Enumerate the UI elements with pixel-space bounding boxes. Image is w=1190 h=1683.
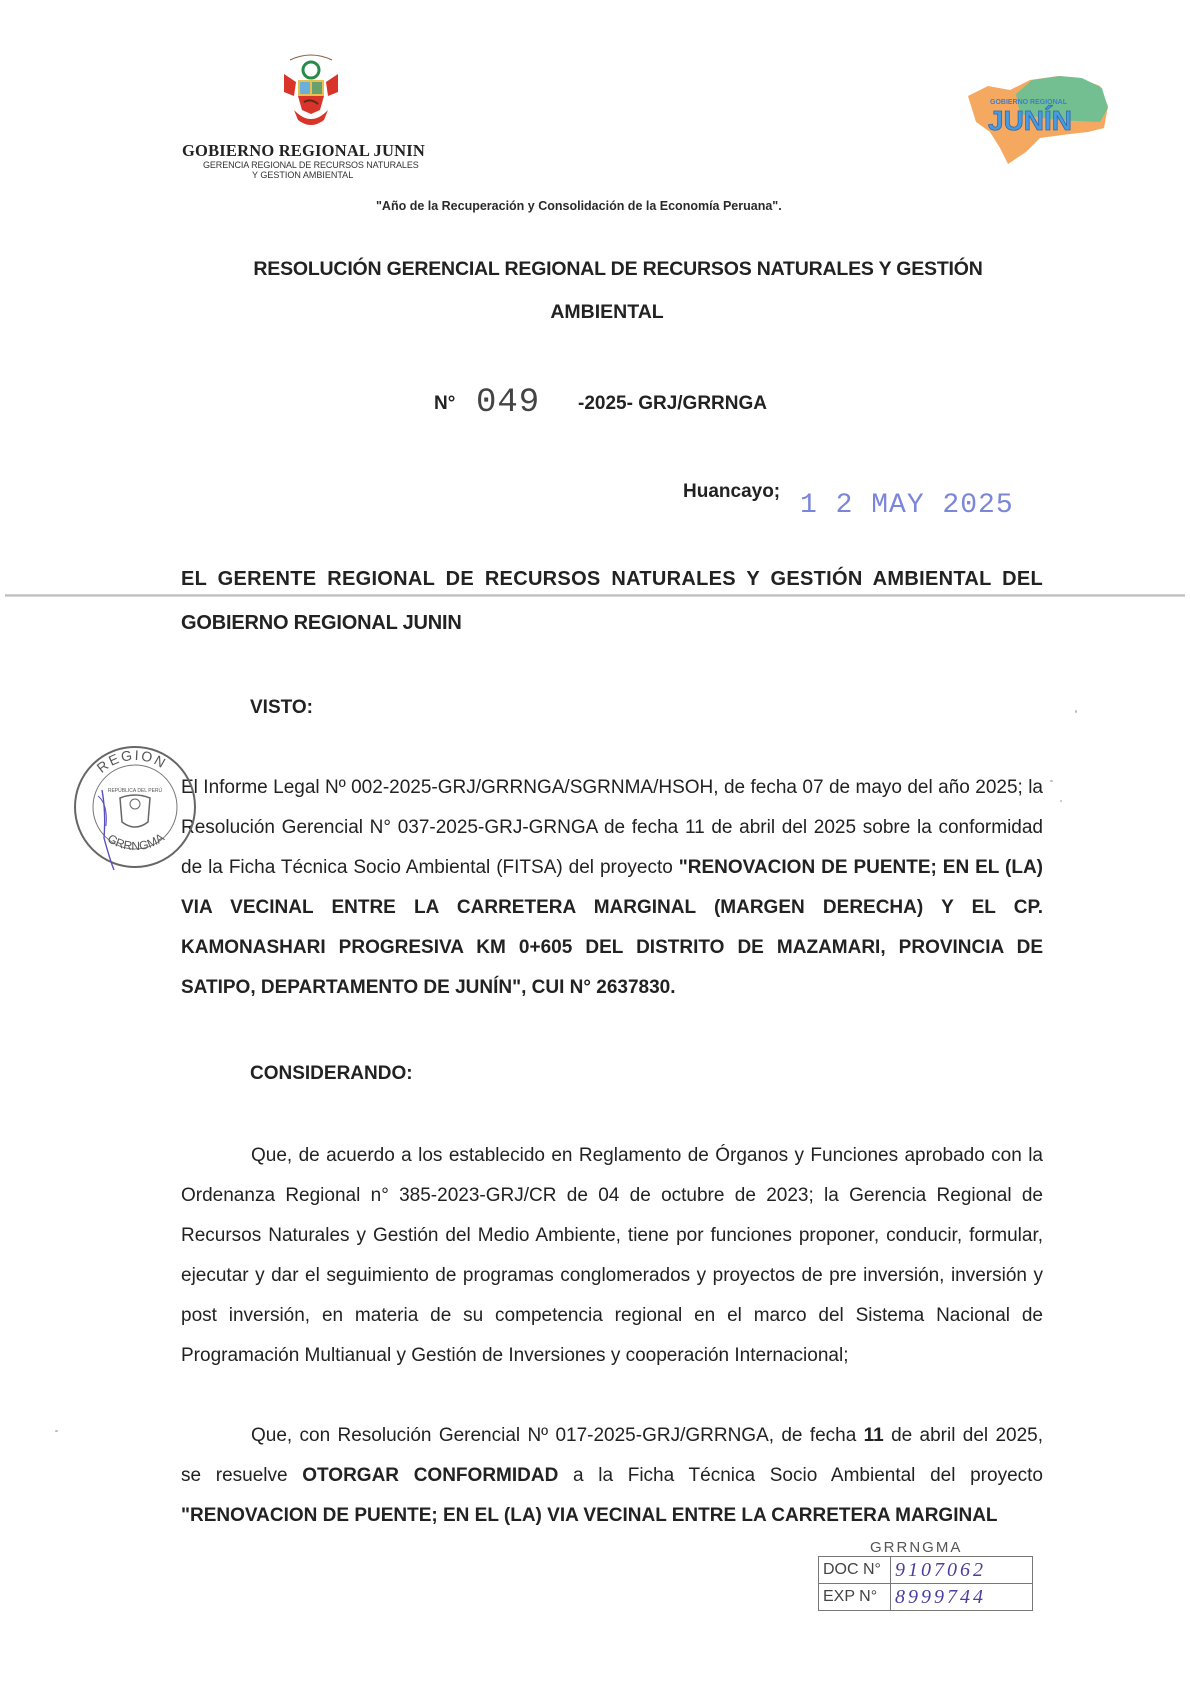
junin-region-logo-icon: GOBIERNO REGIONAL JUNÍN — [960, 72, 1110, 172]
resolution-number-suffix: -2025- GRJ/GRRNGA — [578, 393, 767, 415]
stamp-office: GRRNGMA — [870, 1539, 962, 1556]
resolution-number-prefix: N° — [434, 393, 455, 415]
scan-divider — [5, 594, 1185, 597]
considerando-paragraph-1: Que, de acuerdo a los establecido en Reg… — [181, 1136, 1043, 1376]
peru-coat-of-arms-icon — [280, 52, 342, 130]
doc-number-value: 9107062 — [891, 1557, 1033, 1584]
office-name-line1: GERENCIA REGIONAL DE RECURSOS NATURALES — [203, 160, 419, 170]
considerando-paragraph-2: Que, con Resolución Gerencial Nº 017-202… — [181, 1416, 1043, 1536]
scan-speck — [1075, 710, 1077, 713]
official-seal-icon: REGION GRRNGMA REPÚBLICA DEL PERÚ — [70, 742, 200, 872]
scan-speck — [55, 1430, 58, 1432]
exp-number-value: 8999744 — [891, 1584, 1033, 1611]
place-label: Huancayo; — [683, 481, 780, 503]
visto-paragraph: El Informe Legal Nº 002-2025-GRJ/GRRNGA/… — [181, 768, 1043, 1008]
date-stamp: 1 2 MAY 2025 — [800, 490, 1014, 521]
visto-heading: VISTO: — [250, 697, 313, 719]
resolution-title: RESOLUCIÓN GERENCIAL REGIONAL DE RECURSO… — [0, 258, 1190, 281]
government-name: GOBIERNO REGIONAL JUNIN — [182, 141, 425, 161]
svg-text:GRRNGMA: GRRNGMA — [105, 830, 167, 853]
office-name-line2: Y GESTION AMBIENTAL — [252, 170, 353, 180]
year-motto: "Año de la Recuperación y Consolidación … — [376, 199, 782, 213]
authority-heading: EL GERENTE REGIONAL DE RECURSOS NATURALE… — [181, 568, 1043, 591]
authority-heading-line2: GOBIERNO REGIONAL JUNIN — [181, 612, 462, 635]
svg-text:JUNÍN: JUNÍN — [988, 105, 1072, 136]
resolution-number: 049 — [476, 384, 540, 422]
scan-speck — [1060, 800, 1062, 802]
considerando-heading: CONSIDERANDO: — [250, 1063, 413, 1085]
svg-text:REPÚBLICA DEL PERÚ: REPÚBLICA DEL PERÚ — [108, 787, 163, 794]
project-name: "RENOVACION DE PUENTE; EN EL (LA) VIA VE… — [181, 857, 1043, 998]
receipt-stamp: DOC N° 9107062 EXP N° 8999744 — [818, 1556, 1033, 1611]
doc-number-label: DOC N° — [819, 1557, 891, 1584]
exp-number-label: EXP N° — [819, 1584, 891, 1611]
resolution-title-line2: AMBIENTAL — [0, 301, 1190, 324]
scan-speck — [1050, 780, 1053, 782]
